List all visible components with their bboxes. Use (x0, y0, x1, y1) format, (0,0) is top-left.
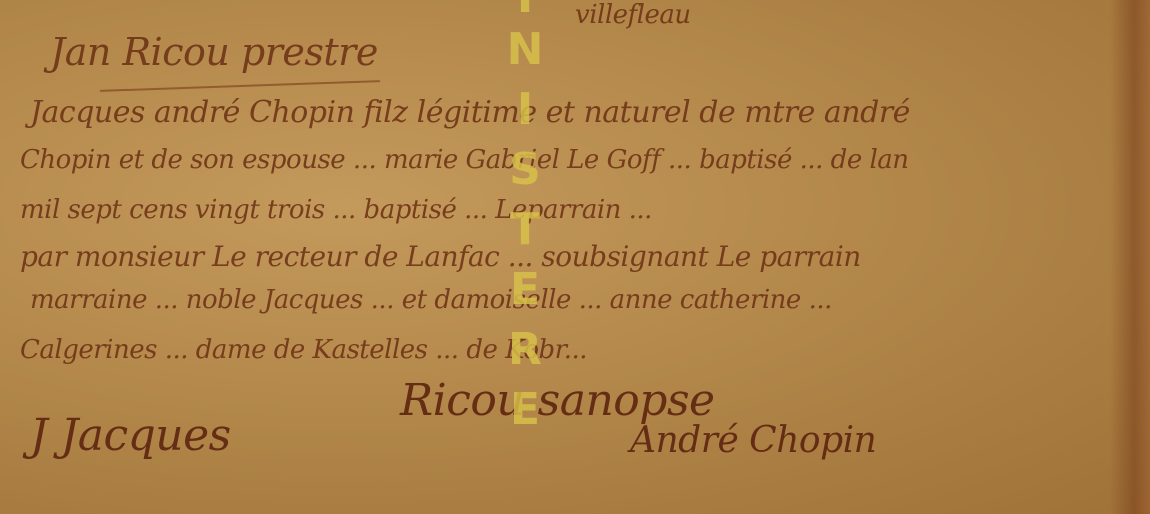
heading-line: Jan Ricou prestre (50, 30, 378, 74)
page-edge-shadow (1110, 0, 1150, 514)
watermark-letter: N (507, 24, 544, 76)
watermark-letter: T (510, 204, 540, 256)
signature-jacques: J Jacques (30, 410, 231, 461)
watermark-letter: E (510, 264, 540, 316)
text-line-6: Calgerines ... dame de Kastelles ... de … (20, 335, 587, 365)
watermark-letter: I (517, 84, 533, 136)
text-line-2: Chopin et de son espouse ... marie Gabri… (20, 145, 909, 175)
signature-chopin: André Chopin (630, 420, 876, 461)
text-line-1: Jacques andré Chopin filz légitime et na… (30, 95, 910, 130)
signature-ricou: Ricou sanopse (400, 375, 715, 426)
underline-stroke (100, 80, 380, 92)
watermark-letter: R (508, 324, 542, 376)
text-line-5: marraine ... noble Jacques ... et damois… (30, 285, 832, 315)
document-scan: Jan Ricou prestre villefleau Jacques and… (0, 0, 1150, 514)
watermark-letter: E (510, 384, 540, 436)
watermark-letter: I (517, 0, 533, 24)
margin-note: villefleau (575, 0, 691, 30)
text-line-4: par monsieur Le recteur de Lanfac ... so… (20, 240, 861, 273)
finistere-watermark: I N I S T E R E (505, 0, 545, 514)
watermark-letter: S (509, 144, 541, 196)
text-line-3: mil sept cens vingt trois ... baptisé ..… (20, 195, 652, 225)
